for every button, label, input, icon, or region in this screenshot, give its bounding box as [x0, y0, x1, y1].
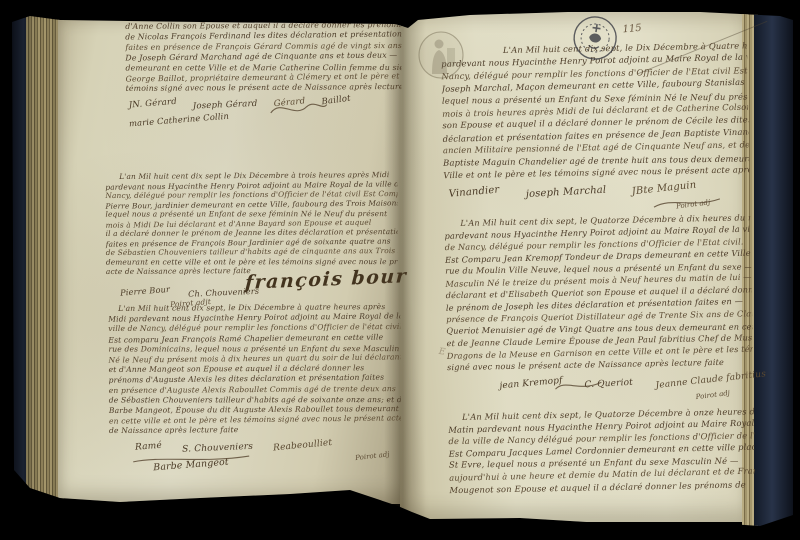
book-cover-right [754, 0, 794, 540]
left-entry-1-signatures-2: marie Catherine Collin [129, 114, 229, 125]
manuscript-line: demeurant en cette ville et ont le père … [106, 257, 398, 267]
round-embossed-figure-stamp [417, 30, 465, 80]
left-entry-2-text: L'an Mil huit cent dix sept le Dix Décem… [105, 170, 398, 277]
left-entry-3-signatures: RaméS. ChouveniersReabeoulliet [135, 440, 332, 451]
manuscript-line: Pierre Bour [120, 284, 171, 298]
left-entry-3-text: L'an Mil huit cent dix sept, le Dix Déce… [108, 302, 401, 437]
manuscript-line: JN. Gérard [128, 97, 177, 111]
signature-flourish [269, 101, 329, 119]
signature-flourish [652, 194, 722, 211]
right-entry-3-text: L'An Mil huit cent dix sept, le Quatorze… [448, 405, 756, 496]
signature-flourish [553, 378, 603, 393]
manuscript-line: en présence d'Auguste Alexis Raboullet C… [109, 384, 401, 396]
left-entry-2-signatures: Pierre BourCh. Chouveniers [120, 285, 259, 296]
manuscript-line: Ramé [135, 441, 163, 453]
signature-flourish [131, 453, 251, 466]
manuscript-line: de Sébastien Chouveniers tailleur d'habi… [109, 395, 401, 406]
round-ink-crest-stamp [565, 10, 625, 67]
right-entry-2-text: L'An Mil huit cent dix sept, le Quatorze… [444, 211, 753, 373]
open-register-book: d'Anne Collin son Epouse et auquel il a … [0, 0, 800, 540]
margin-mark: E [438, 347, 446, 358]
folio-number: 115 [622, 23, 642, 36]
left-entry-1-text: d'Anne Collin son Epouse et auquel il a … [125, 20, 402, 95]
